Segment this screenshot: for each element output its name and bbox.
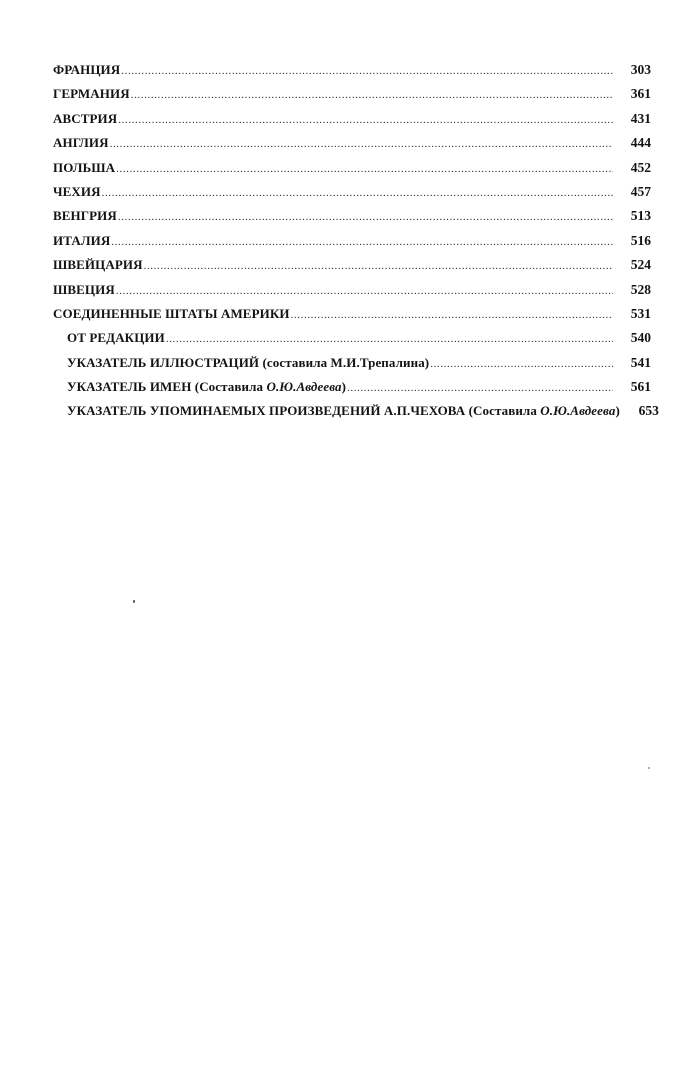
toc-entry-page: 513	[615, 208, 651, 224]
toc-entry-title: СОЕДИНЕННЫЕ ШТАТЫ АМЕРИКИ	[53, 306, 290, 322]
toc-entry-title: УКАЗАТЕЛЬ ИЛЛЮСТРАЦИЙ (составила М.И.Тре…	[67, 355, 429, 371]
toc-entry-title: АНГЛИЯ	[53, 135, 109, 151]
toc-entry-page: 653	[623, 403, 659, 419]
dot-leader	[347, 382, 613, 394]
scan-speck	[648, 767, 650, 769]
toc-entry-page: 452	[615, 160, 651, 176]
toc-entry-title: ФРАНЦИЯ	[53, 62, 120, 78]
dot-leader	[144, 260, 613, 272]
dot-leader	[110, 138, 613, 150]
toc-entry-title-text: ОТ РЕДАКЦИИ	[67, 330, 165, 345]
toc-entry-compiler-note: (составила М.И.Трепалина)	[262, 355, 429, 370]
toc-entry-poland[interactable]: ПОЛЬША 452	[53, 160, 651, 184]
toc-entry-names-index[interactable]: УКАЗАТЕЛЬ ИМЕН (Составила О.Ю.Авдеева) 5…	[53, 379, 651, 403]
toc-entry-works-index[interactable]: УКАЗАТЕЛЬ УПОМИНАЕМЫХ ПРОИЗВЕДЕНИЙ А.П.Ч…	[53, 403, 651, 427]
dot-leader	[121, 65, 613, 77]
toc-entry-germany[interactable]: ГЕРМАНИЯ 361	[53, 86, 651, 110]
toc-entry-title-text: УКАЗАТЕЛЬ ИМЕН	[67, 379, 191, 394]
scan-speck	[133, 600, 135, 603]
toc-entry-england[interactable]: АНГЛИЯ 444	[53, 135, 651, 159]
toc-entry-title: ПОЛЬША	[53, 160, 115, 176]
dot-leader	[131, 89, 613, 101]
toc-entry-page: 444	[615, 135, 651, 151]
dot-leader	[166, 333, 613, 345]
toc-entry-page: 361	[615, 86, 651, 102]
dot-leader	[430, 358, 613, 370]
toc-entry-italy[interactable]: ИТАЛИЯ 516	[53, 233, 651, 257]
toc-entry-title: УКАЗАТЕЛЬ УПОМИНАЕМЫХ ПРОИЗВЕДЕНИЙ А.П.Ч…	[67, 403, 620, 419]
dot-leader	[118, 211, 613, 223]
toc-entry-title: ВЕНГРИЯ	[53, 208, 117, 224]
toc-entry-title-text: УКАЗАТЕЛЬ ИЛЛЮСТРАЦИЙ	[67, 355, 259, 370]
toc-entry-title: ИТАЛИЯ	[53, 233, 110, 249]
toc-entry-page: 524	[615, 257, 651, 273]
toc-entry-title: ШВЕЙЦАРИЯ	[53, 257, 143, 273]
dot-leader	[111, 236, 613, 248]
toc-entry-czechia[interactable]: ЧЕХИЯ 457	[53, 184, 651, 208]
toc-entry-title: ОТ РЕДАКЦИИ	[67, 330, 165, 346]
toc-entry-page: 303	[615, 62, 651, 78]
toc-entry-france[interactable]: ФРАНЦИЯ 303	[53, 62, 651, 86]
toc-entry-austria[interactable]: АВСТРИЯ 431	[53, 111, 651, 135]
dot-leader	[116, 163, 613, 175]
dot-leader	[102, 187, 613, 199]
toc-entry-title: АВСТРИЯ	[53, 111, 117, 127]
toc-entry-switzerland[interactable]: ШВЕЙЦАРИЯ 524	[53, 257, 651, 281]
toc-entry-page: 528	[615, 282, 651, 298]
toc-entry-title-text: УКАЗАТЕЛЬ УПОМИНАЕМЫХ ПРОИЗВЕДЕНИЙ А.П.Ч…	[67, 403, 465, 418]
toc-entry-title: ЧЕХИЯ	[53, 184, 101, 200]
table-of-contents: ФРАНЦИЯ 303 ГЕРМАНИЯ 361 АВСТРИЯ 431 АНГ…	[53, 62, 651, 428]
toc-entry-page: 541	[615, 355, 651, 371]
toc-entry-page: 531	[615, 306, 651, 322]
toc-entry-page: 540	[615, 330, 651, 346]
toc-entry-title: ШВЕЦИЯ	[53, 282, 115, 298]
toc-entry-title: ГЕРМАНИЯ	[53, 86, 130, 102]
toc-entry-page: 516	[615, 233, 651, 249]
toc-entry-page: 457	[615, 184, 651, 200]
toc-entry-compiler-note: (Составила О.Ю.Авдеева)	[469, 403, 620, 418]
toc-entry-compiler-note: (Составила О.Ю.Авдеева)	[195, 379, 346, 394]
dot-leader	[116, 285, 613, 297]
toc-entry-page: 561	[615, 379, 651, 395]
toc-entry-hungary[interactable]: ВЕНГРИЯ 513	[53, 208, 651, 232]
toc-entry-usa[interactable]: СОЕДИНЕННЫЕ ШТАТЫ АМЕРИКИ 531	[53, 306, 651, 330]
toc-entry-editorial[interactable]: ОТ РЕДАКЦИИ 540	[53, 330, 651, 354]
toc-entry-page: 431	[615, 111, 651, 127]
toc-entry-illustrations-index[interactable]: УКАЗАТЕЛЬ ИЛЛЮСТРАЦИЙ (составила М.И.Тре…	[53, 355, 651, 379]
toc-entry-title: УКАЗАТЕЛЬ ИМЕН (Составила О.Ю.Авдеева)	[67, 379, 346, 395]
dot-leader	[291, 309, 613, 321]
dot-leader	[118, 114, 613, 126]
toc-entry-sweden[interactable]: ШВЕЦИЯ 528	[53, 282, 651, 306]
